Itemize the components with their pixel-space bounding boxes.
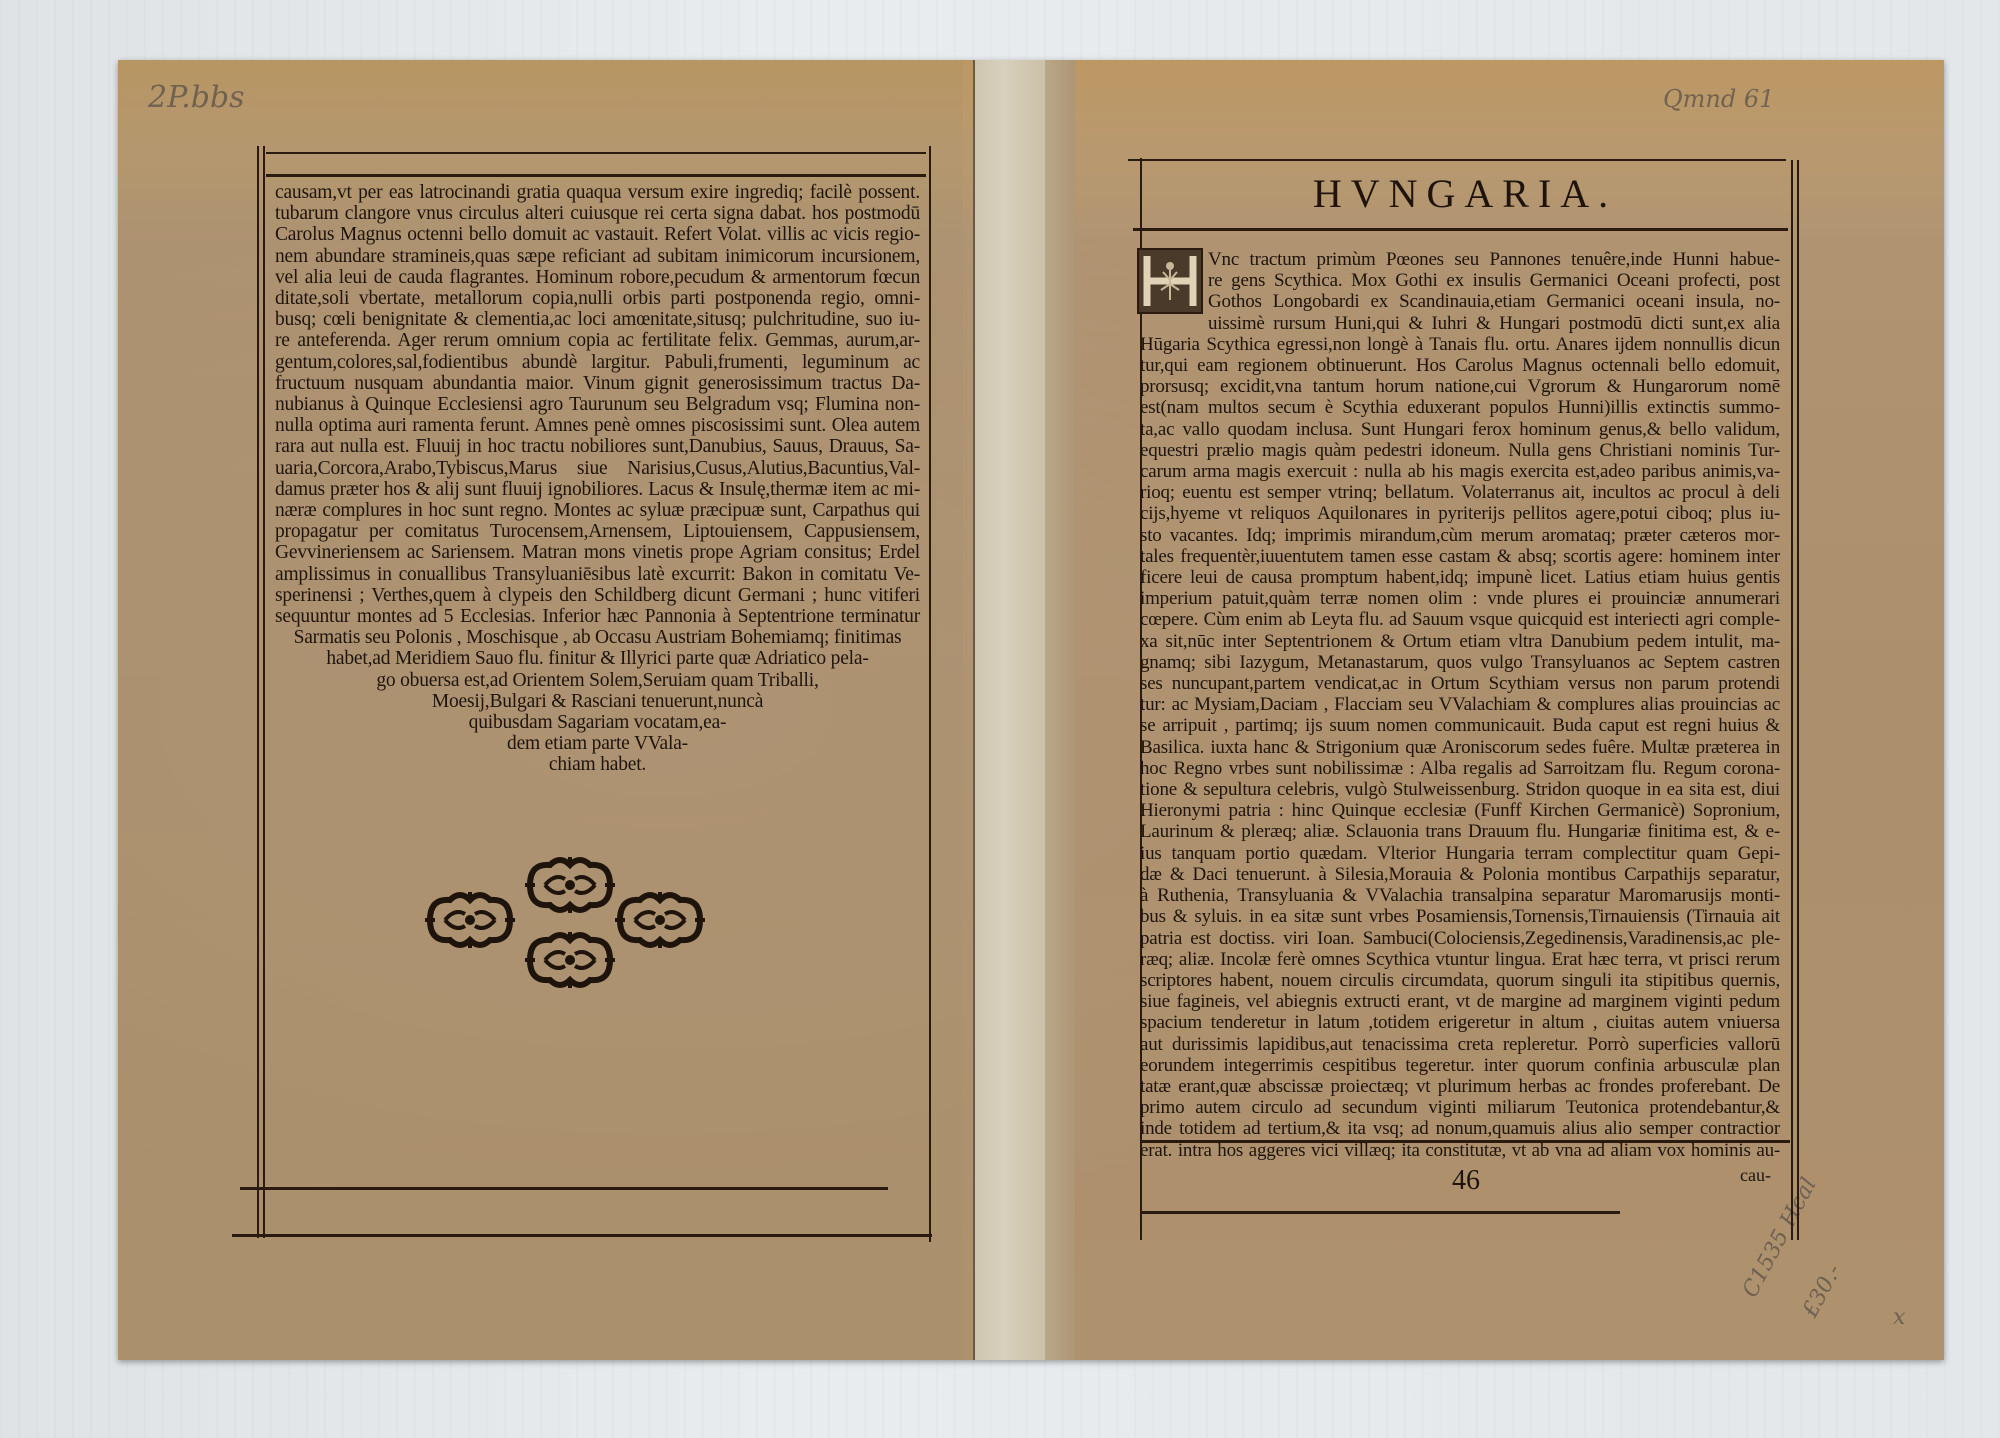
text-line: patria est doctiss. viri Ioan. Sambuci(C… — [1140, 928, 1780, 949]
text-line: xa sit,nūc inter Septentrionem & Ortum e… — [1140, 631, 1780, 652]
text-line-tail: Sarmatis seu Polonis , Moschisque , ab O… — [275, 627, 920, 648]
text-line: prorsusq; excidit,vna tantum horum natio… — [1140, 376, 1780, 397]
text-line: tatæ erant,quæ abscissæ proiectæq; vt pl… — [1140, 1076, 1780, 1097]
text-line: à Ruthenia, Transyluania & VValachia tra… — [1140, 885, 1780, 906]
text-line: gnamq; sibi Iazygum, Metanastarum, quos … — [1140, 652, 1780, 673]
left-bottom-rule — [240, 1187, 888, 1190]
text-line: dæ & Daci tenuerunt. à Silesia,Morauia &… — [1140, 864, 1780, 885]
right-bottom-rule-2 — [1140, 1211, 1620, 1214]
left-top-rule — [266, 152, 926, 154]
text-line: amplissimus in conuallibus Transyluaniēs… — [275, 564, 920, 585]
text-line: rara aut nulla est. Fluuij in hoc tractu… — [275, 436, 920, 457]
text-line: eorundem integerrimis cespitibus tegeret… — [1140, 1055, 1780, 1076]
text-line: ditate,soli vbertate, metallorum copia,n… — [275, 288, 920, 309]
text-line: bus & syluis. in ea sitæ sunt vrbes Posa… — [1140, 906, 1780, 927]
text-line: Gevvineriensem ac Sariensem. Matran mons… — [275, 542, 920, 563]
text-line-tail: dem etiam parte VVala- — [275, 733, 920, 754]
left-page-text: causam,vt per eas latrocinandi gratia qu… — [275, 182, 920, 776]
text-line: carum arma magis exercuit : nulla ab his… — [1140, 461, 1780, 482]
catchword: cau- — [1740, 1165, 1771, 1186]
text-line-tail: Moesij,Bulgari & Rasciani tenuerunt,nunc… — [275, 691, 920, 712]
text-line: Gothos Longobardi ex Scandinauia,etiam G… — [1208, 291, 1780, 312]
text-line: tubarum clangore vnus circulus alteri cu… — [275, 203, 920, 224]
text-line-tail: habet,ad Meridiem Sauo flu. finitur & Il… — [275, 648, 920, 669]
text-line: cœpere. Cùm enim ab Leyta flu. ad Sauum … — [1140, 609, 1780, 630]
text-line: Vnc tractum primùm Pœones seu Pannones t… — [1208, 249, 1780, 270]
text-line: hoc Regno vrbes sunt nobilissimæ : Alba … — [1140, 758, 1780, 779]
text-line: nubianus à Quinque Ecclesiensi agro Taur… — [275, 394, 920, 415]
text-line: ficere leui de causa promptum habent,idq… — [1140, 567, 1780, 588]
text-line: busq; cœli benignitate & clementia,ac lo… — [275, 309, 920, 330]
spine-shadow — [1045, 60, 1075, 1360]
fleuron-ornament-icon — [425, 850, 715, 1000]
text-line: tur,qui eam regionem obtinuerunt. Hos Ca… — [1140, 355, 1780, 376]
text-line: se arripuit , partimq; ijs suum nomen co… — [1140, 715, 1780, 736]
text-line: tione & sepultura celebris, vulgò Stulwe… — [1140, 779, 1780, 800]
text-line: propagatur per comitatus Turocensem,Arne… — [275, 521, 920, 542]
text-line: siue fagineis, vel abiegnis extructi era… — [1140, 991, 1780, 1012]
page-number: 46 — [1452, 1165, 1480, 1197]
text-line: primo autem circulo ad secundum viginti … — [1140, 1097, 1780, 1118]
text-line: Hieronymi patria : hinc Quinque ecclesiæ… — [1140, 800, 1780, 821]
text-line: sequuntur montes ad 5 Ecclesias. Inferio… — [275, 606, 920, 627]
right-frame-right-double-rule — [1791, 160, 1799, 1240]
text-line: ses nuncupant,partem vendicat,ac in Ortu… — [1140, 673, 1780, 694]
text-line-tail: quibusdam Sagariam vocatam,ea- — [275, 712, 920, 733]
text-line: re anteferenda. Ager rerum omnium copia … — [275, 330, 920, 351]
text-line: sto vacantes. Idq; imprimis mirandum,cùm… — [1140, 525, 1780, 546]
text-line: uissimè rursum Huni,qui & Iuhri & Hungar… — [1208, 313, 1780, 334]
right-page-text: Vnc tractum primùm Pœones seu Pannones t… — [1140, 249, 1780, 1161]
page-title: HVNGARIA. — [1150, 170, 1780, 217]
left-frame-double-rule — [257, 146, 265, 1238]
text-line: causam,vt per eas latrocinandi gratia qu… — [275, 182, 920, 203]
text-line: spacium tenderetur in latum ,totidem eri… — [1140, 1012, 1780, 1033]
pencil-note-bottom-right-1: C1535 Hcal — [1738, 1174, 1822, 1302]
pencil-note-top-right: Qmnd 61 — [1663, 85, 1774, 113]
text-line: Basilica. iuxta hanc & Strigonium quæ Ar… — [1140, 737, 1780, 758]
text-line: equestri prælio magis quàm pedestri idon… — [1140, 440, 1780, 461]
pencil-mark-x: x — [1893, 1305, 1905, 1330]
text-line: Carolus Magnus octenni bello domuit ac v… — [275, 224, 920, 245]
right-top-rule — [1128, 159, 1786, 161]
text-line: aut durissimis lapidibus,aut tenacissima… — [1140, 1034, 1780, 1055]
text-line: imperium patuit,quàm terræ nomen olim : … — [1140, 588, 1780, 609]
text-line: ræq; aliæ. Incolæ ferè omnes Scythica vt… — [1140, 949, 1780, 970]
text-line-tail: go obuersa est,ad Orientem Solem,Seruiam… — [275, 670, 920, 691]
text-line: scriptores habent, nouem circulis circum… — [1140, 970, 1780, 991]
text-line: nulla optima auri ramenta ferunt. Amnes … — [275, 415, 920, 436]
text-line: est(nam multos secum è Scythia eduxerant… — [1140, 397, 1780, 418]
left-top-rule-2 — [266, 174, 926, 177]
text-line: fructuum nusquam abundantia maior. Vinum… — [275, 373, 920, 394]
text-line: uaria,Corcora,Arabo,Tybiscus,Marus siue … — [275, 458, 920, 479]
text-line: sperinensi ; Verthes,quem à clypeis den … — [275, 585, 920, 606]
text-line: Laurinum & pleræq; aliæ. Sclauonia trans… — [1140, 821, 1780, 842]
text-line: re gens Scythica. Mox Gothi ex insulis G… — [1208, 270, 1780, 291]
text-line: erat. intra hos aggeres vici villæq; ita… — [1140, 1140, 1780, 1161]
text-line: cijs,hyeme vt reliquos Aquilonares in py… — [1140, 503, 1780, 524]
text-line: damus præter hos & alij sunt fluuij igno… — [275, 479, 920, 500]
text-line-tail: chiam habet. — [275, 754, 920, 775]
pencil-note-top-left: 2P.bbs — [148, 80, 245, 115]
text-line: næræ complures in hoc sunt regno. Montes… — [275, 500, 920, 521]
text-line: gentum,colores,sal,fodientibus abundè la… — [275, 352, 920, 373]
text-line: tales frequentèr,iuuentutem tamen esse c… — [1140, 546, 1780, 567]
text-line: tur: ac Mysiam,Daciam , Flacciam seu VVa… — [1140, 694, 1780, 715]
spine-hinge — [973, 60, 1047, 1360]
text-line: Hūgaria Scythica egressi,non longè à Tan… — [1140, 334, 1780, 355]
text-line: nem abundare stramineis,quas sæpe refici… — [275, 246, 920, 267]
text-line: ius tanquam portio quædam. Vlterior Hung… — [1140, 843, 1780, 864]
pencil-note-bottom-right-2: £30.- — [1798, 1260, 1847, 1322]
text-line: ta,ac vallo quodam inclusa. Sunt Hungari… — [1140, 419, 1780, 440]
right-title-rule — [1133, 228, 1788, 231]
text-line: rioq; euentu est semper vtrinq; bellatum… — [1140, 482, 1780, 503]
text-line: vel alia leui de cauda flagrantes. Homin… — [275, 267, 920, 288]
left-bottom-rule-2 — [232, 1234, 932, 1237]
text-line: inde totidem ad tertium,& ita vsq; ad no… — [1140, 1118, 1780, 1139]
